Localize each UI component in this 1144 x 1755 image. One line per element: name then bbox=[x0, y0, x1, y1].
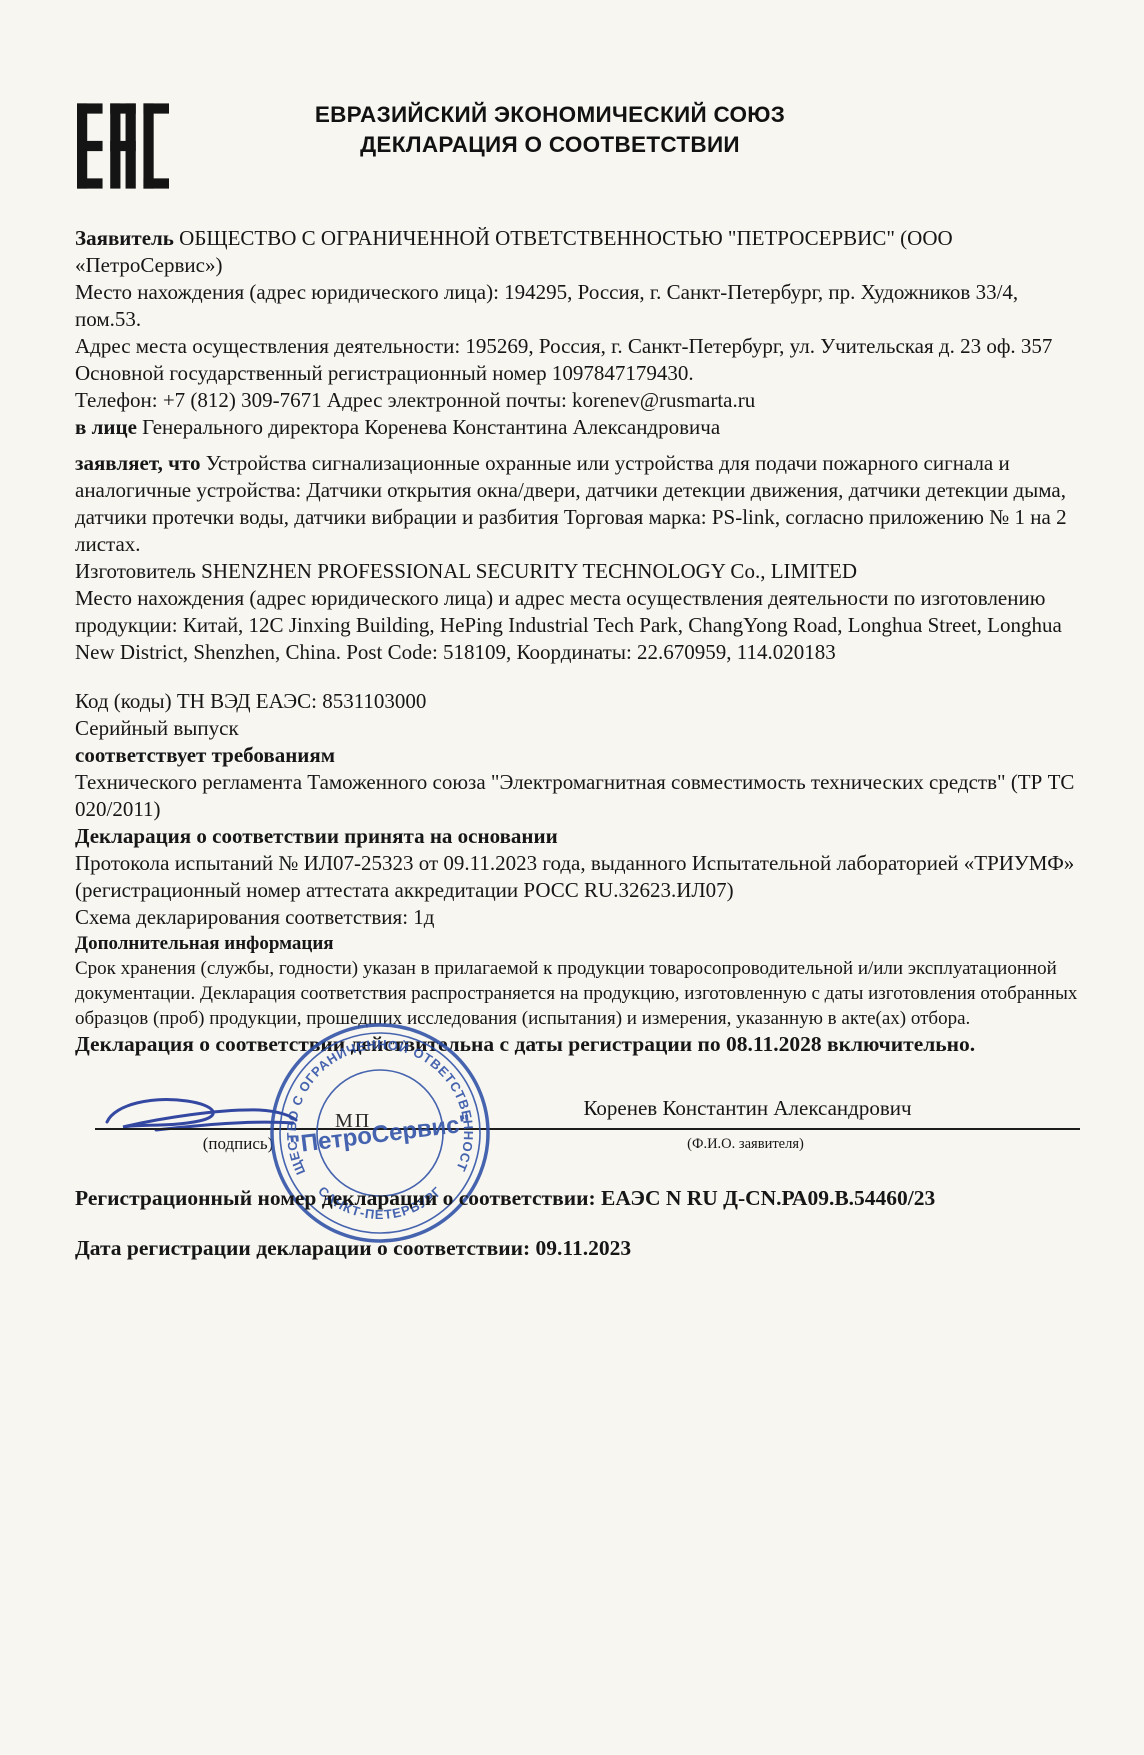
applicant-contacts: Телефон: +7 (812) 309-7671 Адрес электро… bbox=[75, 387, 1085, 414]
tnved-code-line: Код (коды) ТН ВЭД ЕАЭС: 8531103000 bbox=[75, 688, 1085, 715]
test-protocol-line: Протокола испытаний № ИЛ07-25323 от 09.1… bbox=[75, 850, 1085, 904]
signatory-name: Коренев Константин Александрович bbox=[555, 1096, 940, 1121]
product-declaration-line: заявляет, что Устройства сигнализационны… bbox=[75, 450, 1085, 558]
header: ЕВРАЗИЙСКИЙ ЭКОНОМИЧЕСКИЙ СОЮЗ ДЕКЛАРАЦИ… bbox=[0, 100, 1100, 160]
applicant-name: ОБЩЕСТВО С ОГРАНИЧЕННОЙ ОТВЕТСТВЕННОСТЬЮ… bbox=[75, 226, 953, 277]
registration-date-line: Дата регистрации декларации о соответств… bbox=[75, 1236, 1085, 1261]
stamp-center-text: "ПетроСервис" bbox=[288, 1110, 472, 1159]
manufacturer-address: Место нахождения (адрес юридического лиц… bbox=[75, 585, 1085, 666]
declares-label: заявляет, что bbox=[75, 451, 200, 475]
registration-number-line: Регистрационный номер декларации о соотв… bbox=[75, 1186, 1085, 1211]
manufacturer-line: Изготовитель SHENZHEN PROFESSIONAL SECUR… bbox=[75, 558, 1085, 585]
manufacturer-name: SHENZHEN PROFESSIONAL SECURITY TECHNOLOG… bbox=[201, 559, 857, 583]
document-body: Заявитель ОБЩЕСТВО С ОГРАНИЧЕННОЙ ОТВЕТС… bbox=[75, 225, 1085, 1058]
document-title: ДЕКЛАРАЦИЯ О СООТВЕТСТВИИ bbox=[0, 130, 1100, 160]
additional-info-text: Срок хранения (службы, годности) указан … bbox=[75, 956, 1085, 1031]
applicant-line: Заявитель ОБЩЕСТВО С ОГРАНИЧЕННОЙ ОТВЕТС… bbox=[75, 225, 1085, 279]
applicant-activity-address: Адрес места осуществления деятельности: … bbox=[75, 333, 1085, 360]
union-title: ЕВРАЗИЙСКИЙ ЭКОНОМИЧЕСКИЙ СОЮЗ bbox=[0, 100, 1100, 130]
applicant-legal-address: Место нахождения (адрес юридического лиц… bbox=[75, 279, 1085, 333]
basis-heading-text: Декларация о соответствии принята на осн… bbox=[75, 824, 558, 848]
signature-line bbox=[95, 1128, 1080, 1130]
manufacturer-label: Изготовитель bbox=[75, 559, 196, 583]
serial-release-line: Серийный выпуск bbox=[75, 715, 1085, 742]
basis-heading: Декларация о соответствии принята на осн… bbox=[75, 823, 1085, 850]
product-description: Устройства сигнализационные охранные или… bbox=[75, 451, 1067, 556]
company-stamp: ОБЩЕСТВО С ОГРАНИЧЕННОЙ ОТВЕТСТВЕННОСТЬЮ… bbox=[268, 1021, 492, 1245]
additional-info-heading-text: Дополнительная информация bbox=[75, 933, 334, 954]
signatory-name-caption: (Ф.И.О. заявителя) bbox=[638, 1136, 853, 1153]
validity-line: Декларация о соответствии действительна … bbox=[75, 1031, 1085, 1058]
compliance-heading-text: соответствует требованиям bbox=[75, 743, 335, 767]
represented-by-label: в лице bbox=[75, 415, 137, 439]
additional-info-heading: Дополнительная информация bbox=[75, 931, 1085, 956]
eac-declaration-document: ЕВРАЗИЙСКИЙ ЭКОНОМИЧЕСКИЙ СОЮЗ ДЕКЛАРАЦИ… bbox=[0, 0, 1144, 1755]
regulation-line: Технического регламента Таможенного союз… bbox=[75, 769, 1085, 823]
applicant-label: Заявитель bbox=[75, 226, 174, 250]
compliance-heading: соответствует требованиям bbox=[75, 742, 1085, 769]
applicant-ogrn: Основной государственный регистрационный… bbox=[75, 360, 1085, 387]
declaration-scheme-line: Схема декларирования соответствия: 1д bbox=[75, 904, 1085, 931]
represented-by-line: в лице Генерального директора Коренева К… bbox=[75, 414, 1085, 441]
represented-by-name: Генерального директора Коренева Констант… bbox=[142, 415, 720, 439]
